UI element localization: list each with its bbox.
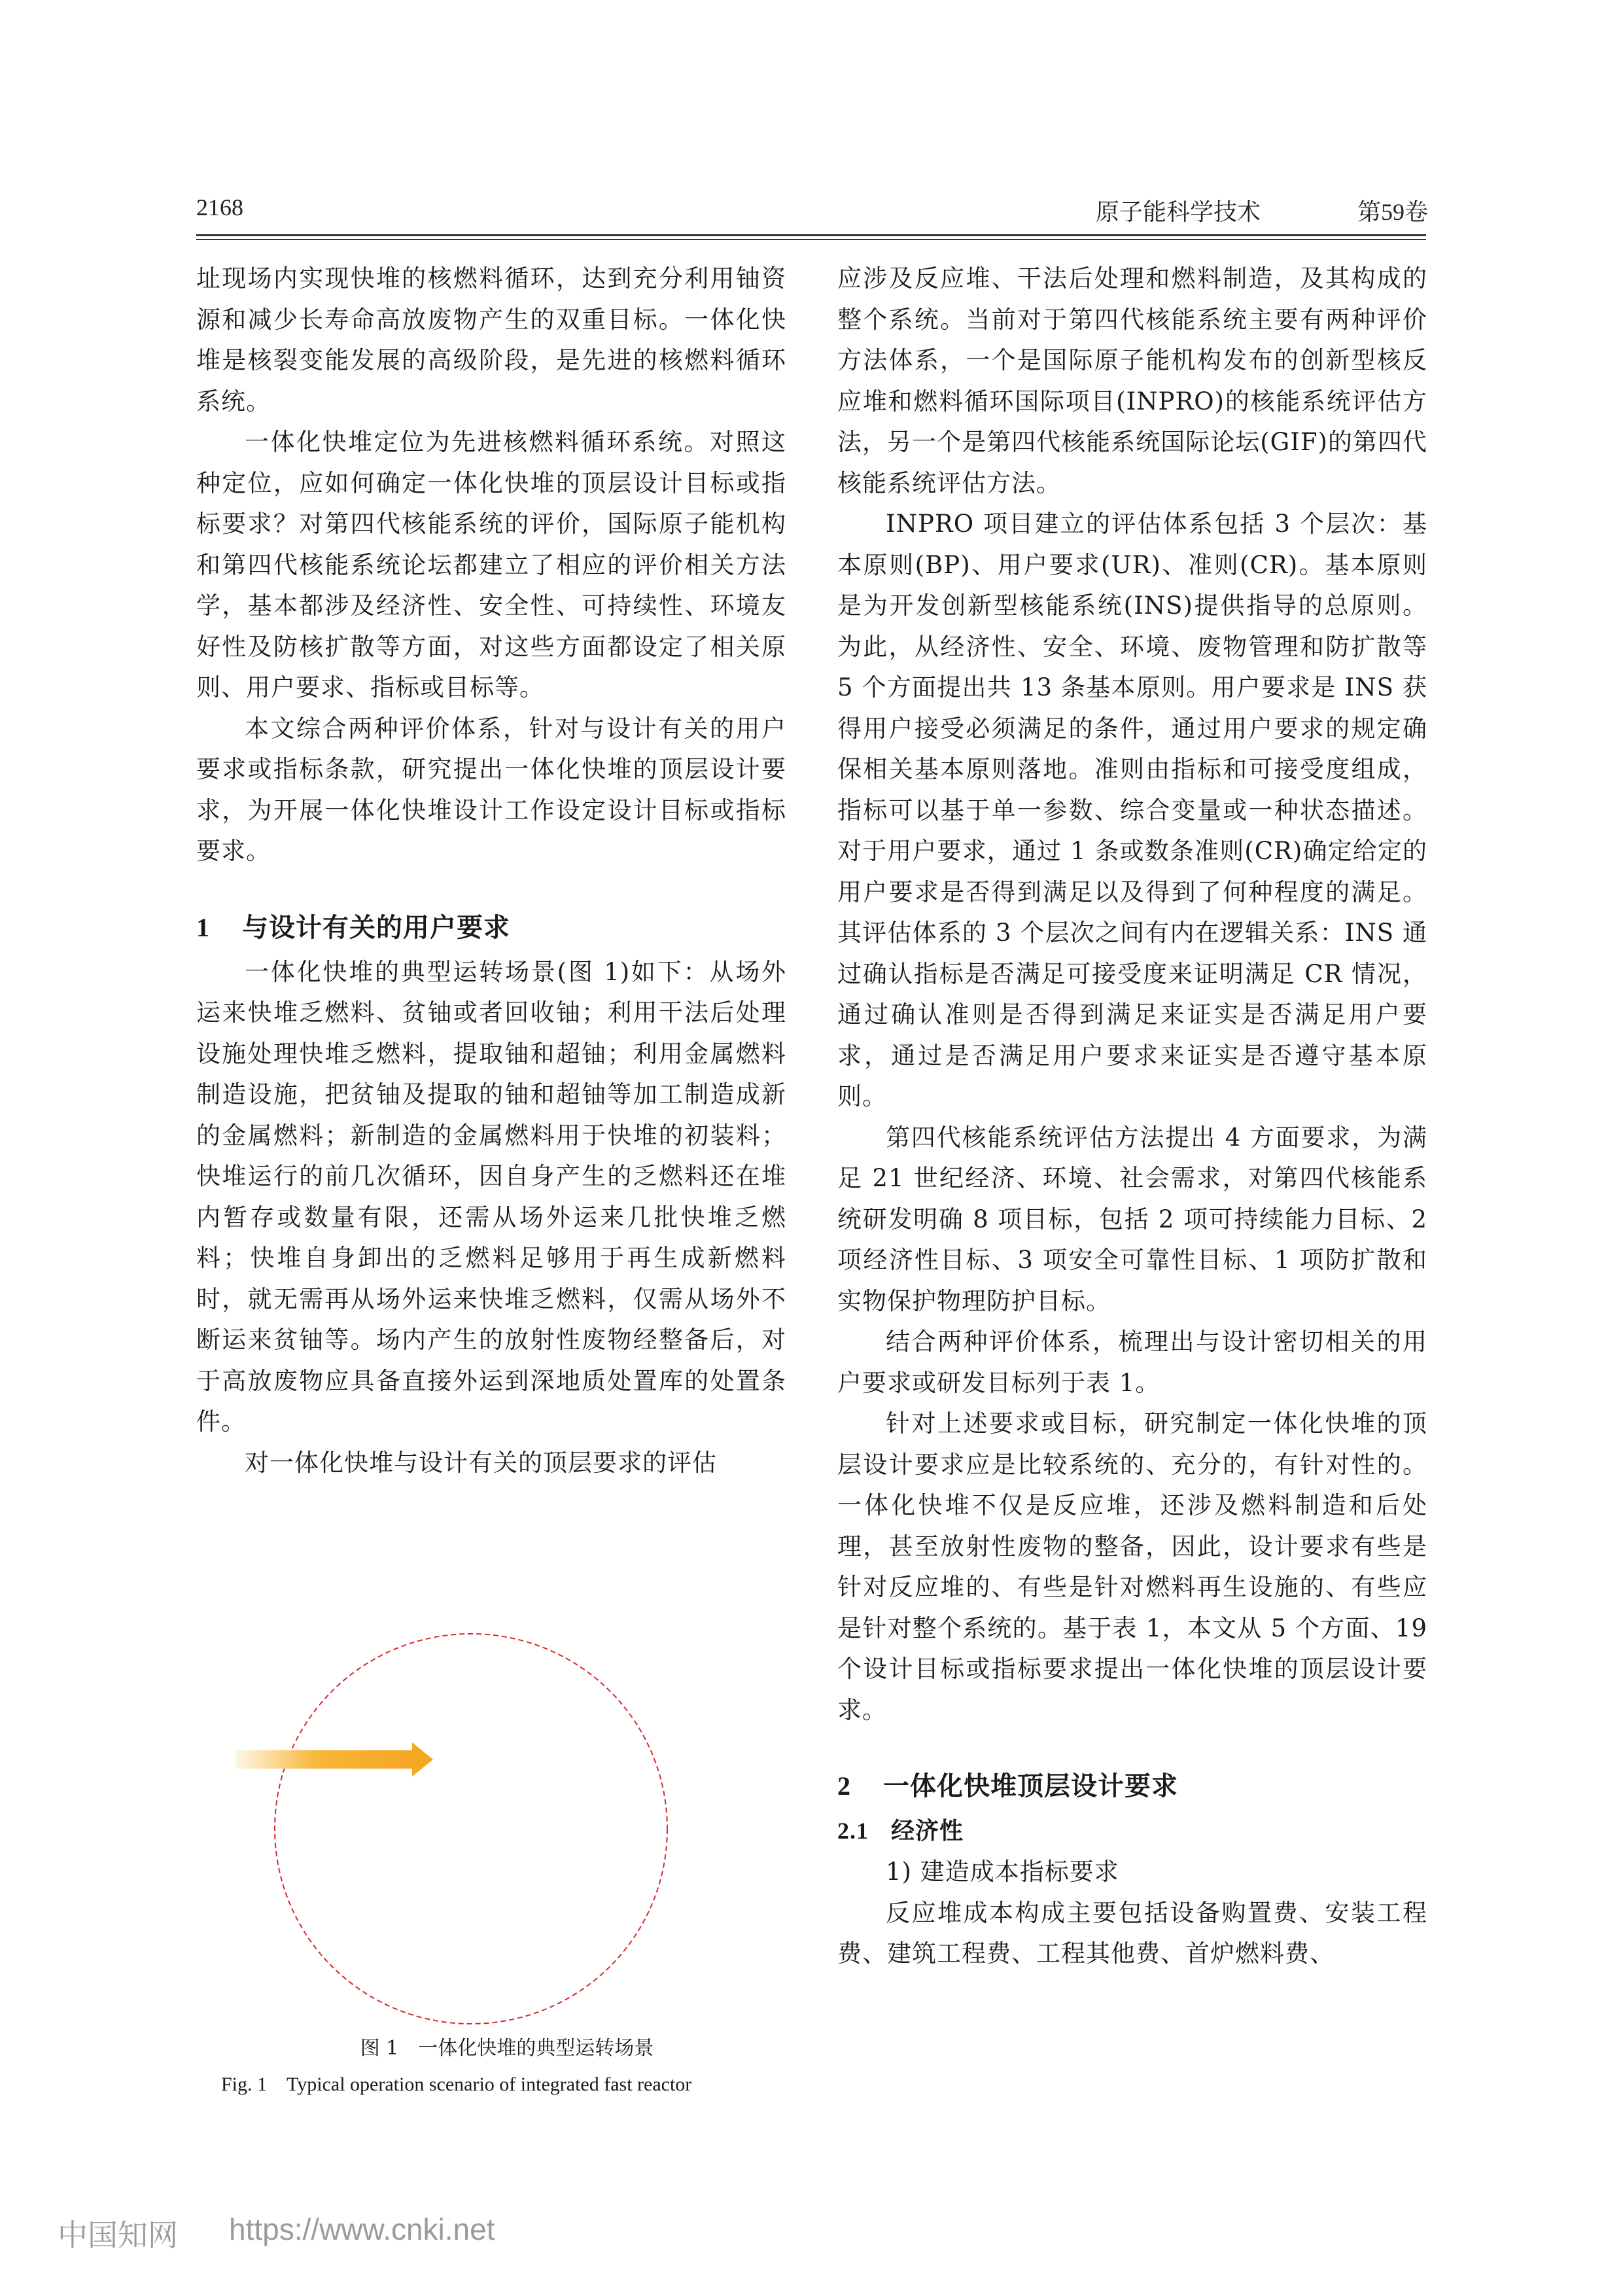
header-rule-top	[196, 234, 1426, 236]
paragraph: 应涉及反应堆、干法后处理和燃料制造，及其构成的整个系统。当前对于第四代核能系统主…	[837, 258, 1427, 504]
figure-caption-cn: 图 1 一体化快堆的典型运转场景	[196, 2032, 818, 2060]
cnki-url-link[interactable]: https://www.cnki.net	[229, 2212, 495, 2247]
figure-caption-en: Fig. 1 Typical operation scenario of int…	[196, 2068, 818, 2096]
list-item: 1) 建造成本指标要求	[837, 1852, 1427, 1893]
figure-1	[196, 1623, 818, 2028]
cycle-diagram	[196, 1623, 818, 2028]
journal-title: 原子能科学技术	[1096, 194, 1261, 227]
paragraph: 第四代核能系统评估方法提出 4 方面要求，为满足 21 世纪经济、环境、社会需求…	[837, 1118, 1427, 1322]
paragraph: 结合两种评价体系，梳理出与设计密切相关的用户要求或研发目标列于表 1。	[837, 1322, 1427, 1404]
paragraph: 本文综合两种评价体系，针对与设计有关的用户要求或指标条款，研究提出一体化快堆的顶…	[196, 709, 786, 872]
page-number: 2168	[196, 194, 243, 221]
paragraph: 针对上述要求或目标，研究制定一体化快堆的顶层设计要求应是比较系统的、充分的，有针…	[837, 1404, 1427, 1731]
cnki-brand: 中国知网	[58, 2212, 178, 2255]
paragraph: 对一体化快堆与设计有关的顶层要求的评估	[196, 1443, 786, 1484]
section-heading-1: 1与设计有关的用户要求	[196, 908, 786, 948]
subsection-number: 2.1	[837, 1810, 891, 1851]
paragraph: 一体化快堆定位为先进核燃料循环系统。对照这种定位，应如何确定一体化快堆的顶层设计…	[196, 422, 786, 709]
paragraph: 址现场内实现快堆的核燃料循环，达到充分利用铀资源和减少长寿命高放废物产生的双重目…	[196, 258, 786, 422]
section-heading-2: 2一体化快堆顶层设计要求	[837, 1766, 1427, 1807]
paragraph: 反应堆成本构成主要包括设备购置费、安装工程费、建筑工程费、工程其他费、首炉燃料费…	[837, 1893, 1427, 1975]
paragraph: 一体化快堆的典型运转场景(图 1)如下：从场外运来快堆乏燃料、贫铀或者回收铀；利…	[196, 952, 786, 1443]
paragraph: INPRO 项目建立的评估体系包括 3 个层次：基本原则(BP)、用户要求(UR…	[837, 504, 1427, 1118]
section-number: 2	[837, 1766, 883, 1807]
section-number: 1	[196, 908, 242, 948]
subsection-title: 经济性	[891, 1818, 964, 1845]
site-boundary	[275, 1634, 667, 2024]
right-column: 应涉及反应堆、干法后处理和燃料制造，及其构成的整个系统。当前对于第四代核能系统主…	[837, 258, 1427, 1975]
volume-label: 第59卷	[1357, 194, 1428, 227]
header-rule-bottom	[196, 239, 1426, 240]
subsection-heading-2-1: 2.1经济性	[837, 1810, 1427, 1852]
section-title: 与设计有关的用户要求	[242, 913, 510, 943]
section-title: 一体化快堆顶层设计要求	[883, 1771, 1178, 1801]
left-column: 址现场内实现快堆的核燃料循环，达到充分利用铀资源和减少长寿命高放废物产生的双重目…	[196, 258, 786, 1483]
